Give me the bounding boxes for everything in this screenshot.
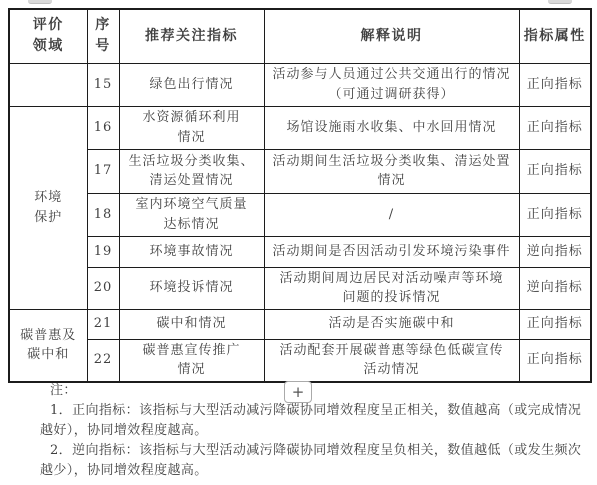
indicator-cell: 碳普惠宣传推广 情况 — [119, 339, 264, 382]
table-row: 22 碳普惠宣传推广 情况 活动配套开展碳普惠等绿色低碳宣传 活动情况 正向指标 — [9, 339, 591, 382]
header-indicator: 推荐关注指标 — [119, 9, 264, 63]
explanation-cell: / — [264, 193, 519, 236]
attribute-cell: 逆向指标 — [519, 236, 591, 267]
category-cell-environment: 环境 保护 — [9, 106, 87, 309]
table-row: 19 环境事故情况 活动期间是否因活动引发环境污染事件 逆向指标 — [9, 236, 591, 267]
attribute-cell: 正向指标 — [519, 193, 591, 236]
table-row: 碳普惠及 碳中和 21 碳中和情况 活动是否实施碳中和 正向指标 — [9, 309, 591, 339]
explanation-cell: 活动参与人员通过公共交通出行的情况 （可通过调研获得） — [264, 63, 519, 106]
header-number: 序 号 — [87, 9, 119, 63]
header-attribute: 指标属性 — [519, 9, 591, 63]
note-positive-indicator: 1．正向指标：该指标与大型活动减污降碳协同增效程度呈正相关，数值越高（或完成情况… — [40, 401, 585, 441]
row-number: 22 — [87, 339, 119, 382]
explanation-cell: 活动期间生活垃圾分类收集、清运处置 情况 — [264, 149, 519, 193]
indicator-cell: 环境投诉情况 — [119, 267, 264, 309]
header-category: 评价 领域 — [9, 9, 87, 63]
footnotes: 注： 1．正向指标：该指标与大型活动减污降碳协同增效程度呈正相关，数值越高（或完… — [40, 381, 585, 481]
indicator-table: 评价 领域 序 号 推荐关注指标 解释说明 指标属性 15 绿色出行情况 活动参… — [8, 8, 592, 383]
cropped-ui-fragment-right — [548, 0, 572, 4]
row-number: 18 — [87, 193, 119, 236]
table-row: 17 生活垃圾分类收集、 清运处置情况 活动期间生活垃圾分类收集、清运处置 情况… — [9, 149, 591, 193]
row-number: 16 — [87, 106, 119, 149]
explanation-cell: 场馆设施雨水收集、中水回用情况 — [264, 106, 519, 149]
row-number: 17 — [87, 149, 119, 193]
attribute-cell: 正向指标 — [519, 309, 591, 339]
explanation-cell: 活动期间是否因活动引发环境污染事件 — [264, 236, 519, 267]
table-row: 15 绿色出行情况 活动参与人员通过公共交通出行的情况 （可通过调研获得） 正向… — [9, 63, 591, 106]
attribute-cell: 正向指标 — [519, 149, 591, 193]
table-row: 18 室内环境空气质量 达标情况 / 正向指标 — [9, 193, 591, 236]
table-row: 环境 保护 16 水资源循环利用 情况 场馆设施雨水收集、中水回用情况 正向指标 — [9, 106, 591, 149]
note-negative-indicator: 2．逆向指标：该指标与大型活动减污降碳协同增效程度呈负相关，数值越低（或发生频次… — [40, 441, 585, 481]
row-number: 21 — [87, 309, 119, 339]
row-number: 19 — [87, 236, 119, 267]
indicator-cell: 水资源循环利用 情况 — [119, 106, 264, 149]
zoom-in-button[interactable]: + — [284, 381, 312, 403]
notes-label: 注： — [40, 381, 585, 401]
indicator-cell: 绿色出行情况 — [119, 63, 264, 106]
category-cell-carbon: 碳普惠及 碳中和 — [9, 309, 87, 382]
indicator-cell: 生活垃圾分类收集、 清运处置情况 — [119, 149, 264, 193]
attribute-cell: 正向指标 — [519, 339, 591, 382]
indicator-cell: 室内环境空气质量 达标情况 — [119, 193, 264, 236]
category-cell-empty — [9, 63, 87, 106]
row-number: 20 — [87, 267, 119, 309]
header-explanation: 解释说明 — [264, 9, 519, 63]
attribute-cell: 正向指标 — [519, 63, 591, 106]
attribute-cell: 正向指标 — [519, 106, 591, 149]
indicator-cell: 环境事故情况 — [119, 236, 264, 267]
document-page: 评价 领域 序 号 推荐关注指标 解释说明 指标属性 15 绿色出行情况 活动参… — [0, 0, 597, 485]
explanation-cell: 活动期间周边居民对活动噪声等环境 问题的投诉情况 — [264, 267, 519, 309]
indicator-cell: 碳中和情况 — [119, 309, 264, 339]
attribute-cell: 逆向指标 — [519, 267, 591, 309]
cropped-ui-fragment-left — [28, 0, 52, 4]
table-header-row: 评价 领域 序 号 推荐关注指标 解释说明 指标属性 — [9, 9, 591, 63]
explanation-cell: 活动配套开展碳普惠等绿色低碳宣传 活动情况 — [264, 339, 519, 382]
explanation-cell: 活动是否实施碳中和 — [264, 309, 519, 339]
table-row: 20 环境投诉情况 活动期间周边居民对活动噪声等环境 问题的投诉情况 逆向指标 — [9, 267, 591, 309]
row-number: 15 — [87, 63, 119, 106]
